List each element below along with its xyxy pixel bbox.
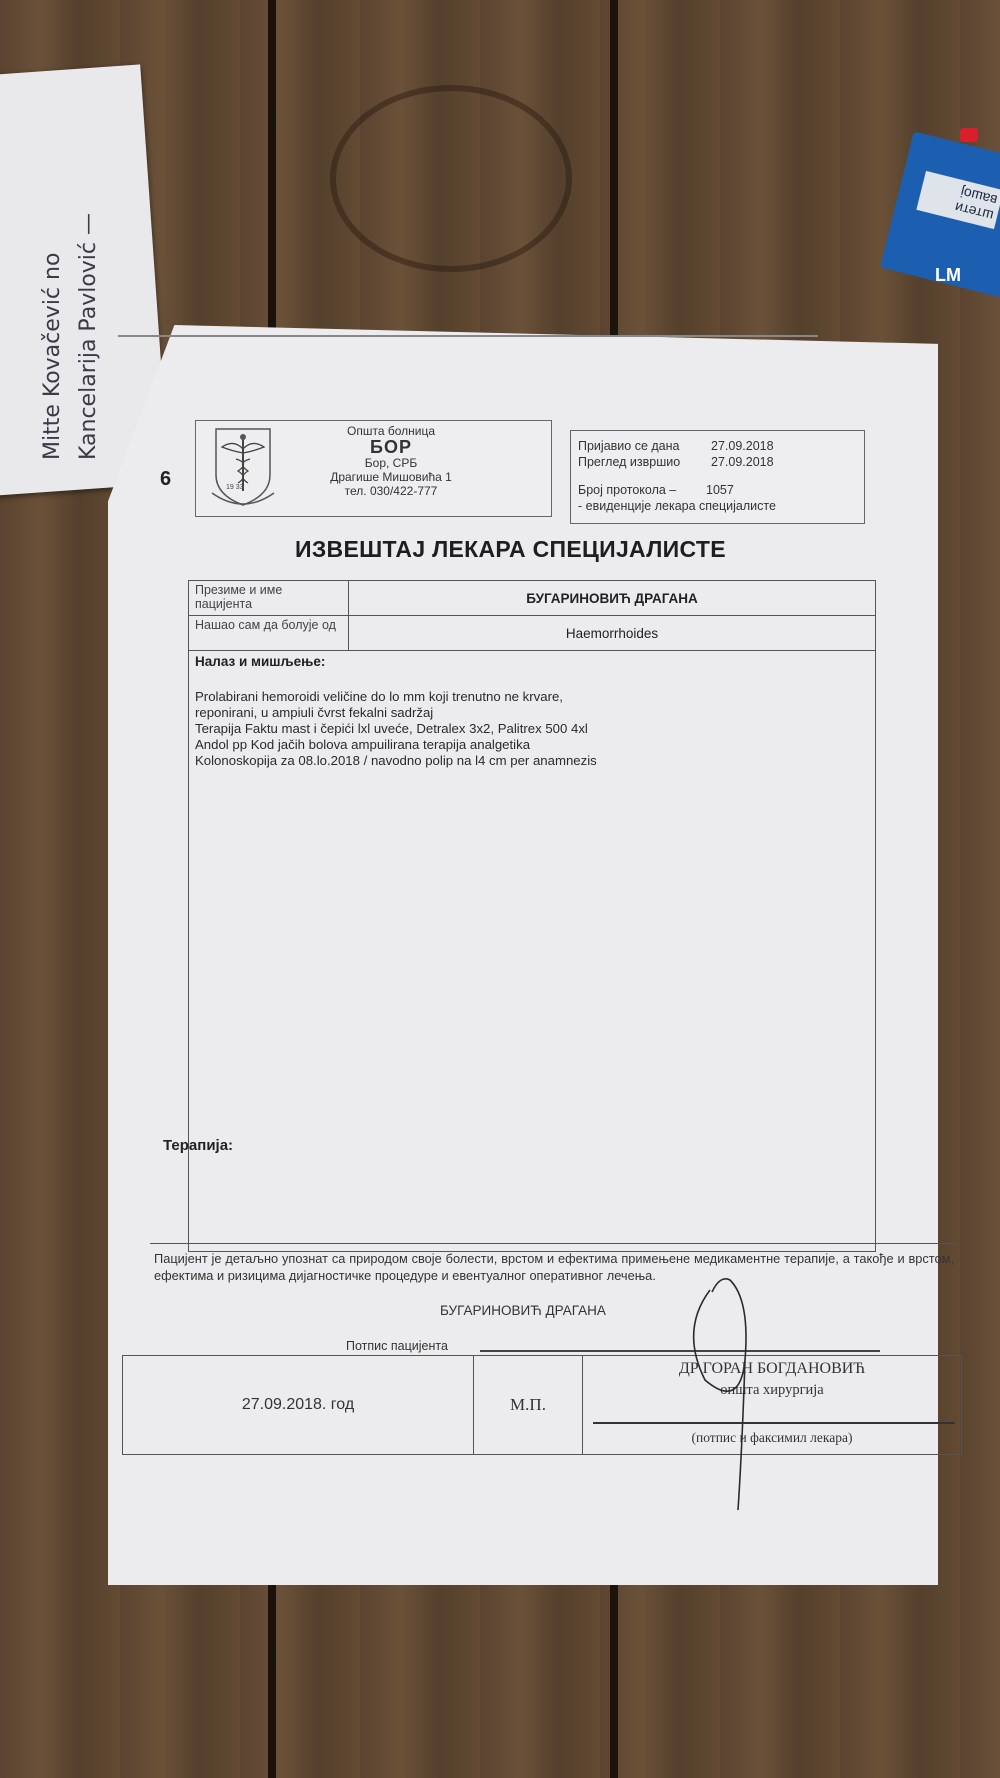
protocol-label: Број протокола – (578, 483, 676, 497)
doctor-signature-cell: ДР ГОРАН БОГДАНОВИЋ општа хирургија (пот… (583, 1356, 961, 1454)
doctor-specialty: општа хирургија (583, 1382, 961, 1399)
doctor-signature-label: (потпис и факсимил лекара) (583, 1430, 961, 1446)
patient-row: Презиме и име пацијента БУГАРИНОВИЋ ДРАГ… (189, 581, 875, 616)
findings-line: Kolonoskopija za 08.lo.2018 / navodno po… (195, 753, 869, 769)
institution-phone: тел. 030/422-777 (286, 484, 496, 498)
patient-signature-line (480, 1350, 880, 1352)
findings-line: Andol pp Kod jačih bolova ampuilirana te… (195, 737, 869, 753)
stamp-placeholder: М.П. (474, 1356, 583, 1454)
protocol-note: - евиденције лекара специјалисте (578, 499, 776, 513)
findings-section: Налаз и мишљење: Prolabirani hemoroidi v… (189, 651, 875, 1251)
registration-box: Пријавио се дана 27.09.2018 Преглед извр… (570, 430, 865, 524)
footer-table: 27.09.2018. год М.П. ДР ГОРАН БОГДАНОВИЋ… (122, 1355, 962, 1455)
institution-address: Драгише Мишовића 1 (286, 470, 496, 484)
examined-label: Преглед извршио (578, 455, 680, 469)
institution-city: Бор, СРБ (286, 456, 496, 470)
consent-patient-name: БУГАРИНОВИЋ ДРАГАНА (440, 1303, 606, 1318)
pack-brand: LM (935, 265, 961, 286)
patient-signature-label: Потпис пацијента (346, 1339, 448, 1353)
therapy-label: Терапија: (163, 1137, 233, 1154)
document-title: ИЗВЕШТАЈ ЛЕКАРА СПЕЦИЈАЛИСТЕ (295, 536, 726, 563)
findings-label: Налаз и мишљење: (189, 651, 875, 672)
registered-label: Пријавио се дана (578, 439, 679, 453)
handwritten-note: Mitte Kovačević no Kancelarija Pavlović … (40, 213, 112, 460)
findings-line: Prolabirani hemoroidi veličine do lo mm … (195, 689, 869, 705)
examined-date: 27.09.2018 (711, 455, 774, 469)
hospital-caduceus-logo-icon: 19 33 (208, 425, 278, 509)
paper-fold-line (118, 335, 818, 337)
patient-label: Презиме и име пацијента (189, 581, 349, 615)
lighter-cap (960, 128, 978, 142)
margin-mark: 6 (160, 468, 171, 491)
note-line: Mitte Kovačević no (40, 213, 76, 460)
protocol-number: 1057 (706, 483, 734, 497)
svg-text:19 33: 19 33 (226, 484, 244, 491)
report-form: Презиме и име пацијента БУГАРИНОВИЋ ДРАГ… (188, 580, 876, 1252)
doctor-signature-line (593, 1422, 955, 1424)
registered-date: 27.09.2018 (711, 439, 774, 453)
diagnosis-value: Haemorrhoides (349, 616, 875, 650)
institution-info: Општа болница БОР Бор, СРБ Драгише Мишов… (286, 424, 496, 498)
patient-name: БУГАРИНОВИЋ ДРАГАНА (349, 581, 875, 615)
institution-type: Општа болница (286, 424, 496, 438)
diagnosis-row: Нашао сам да болује од Haemorrhoides (189, 616, 875, 651)
diagnosis-label: Нашао сам да болује од (189, 616, 349, 650)
findings-line: Terapija Faktu mast i čepići lxl uveće, … (195, 721, 869, 737)
doctor-name: ДР ГОРАН БОГДАНОВИЋ (583, 1360, 961, 1378)
findings-text: Prolabirani hemoroidi veličine do lo mm … (189, 672, 875, 769)
note-line: Kancelarija Pavlović — (76, 213, 112, 460)
table-stain (330, 85, 572, 272)
report-date: 27.09.2018. год (123, 1356, 474, 1454)
hospital-header-box: 19 33 Општа болница БОР Бор, СРБ Драгише… (195, 420, 552, 517)
institution-name: БОР (286, 438, 496, 456)
consent-statement: Пацијент је детаљно упознат са природом … (150, 1243, 958, 1284)
findings-line: reponirani, u ampiuli čvrst fekalni sadr… (195, 705, 869, 721)
